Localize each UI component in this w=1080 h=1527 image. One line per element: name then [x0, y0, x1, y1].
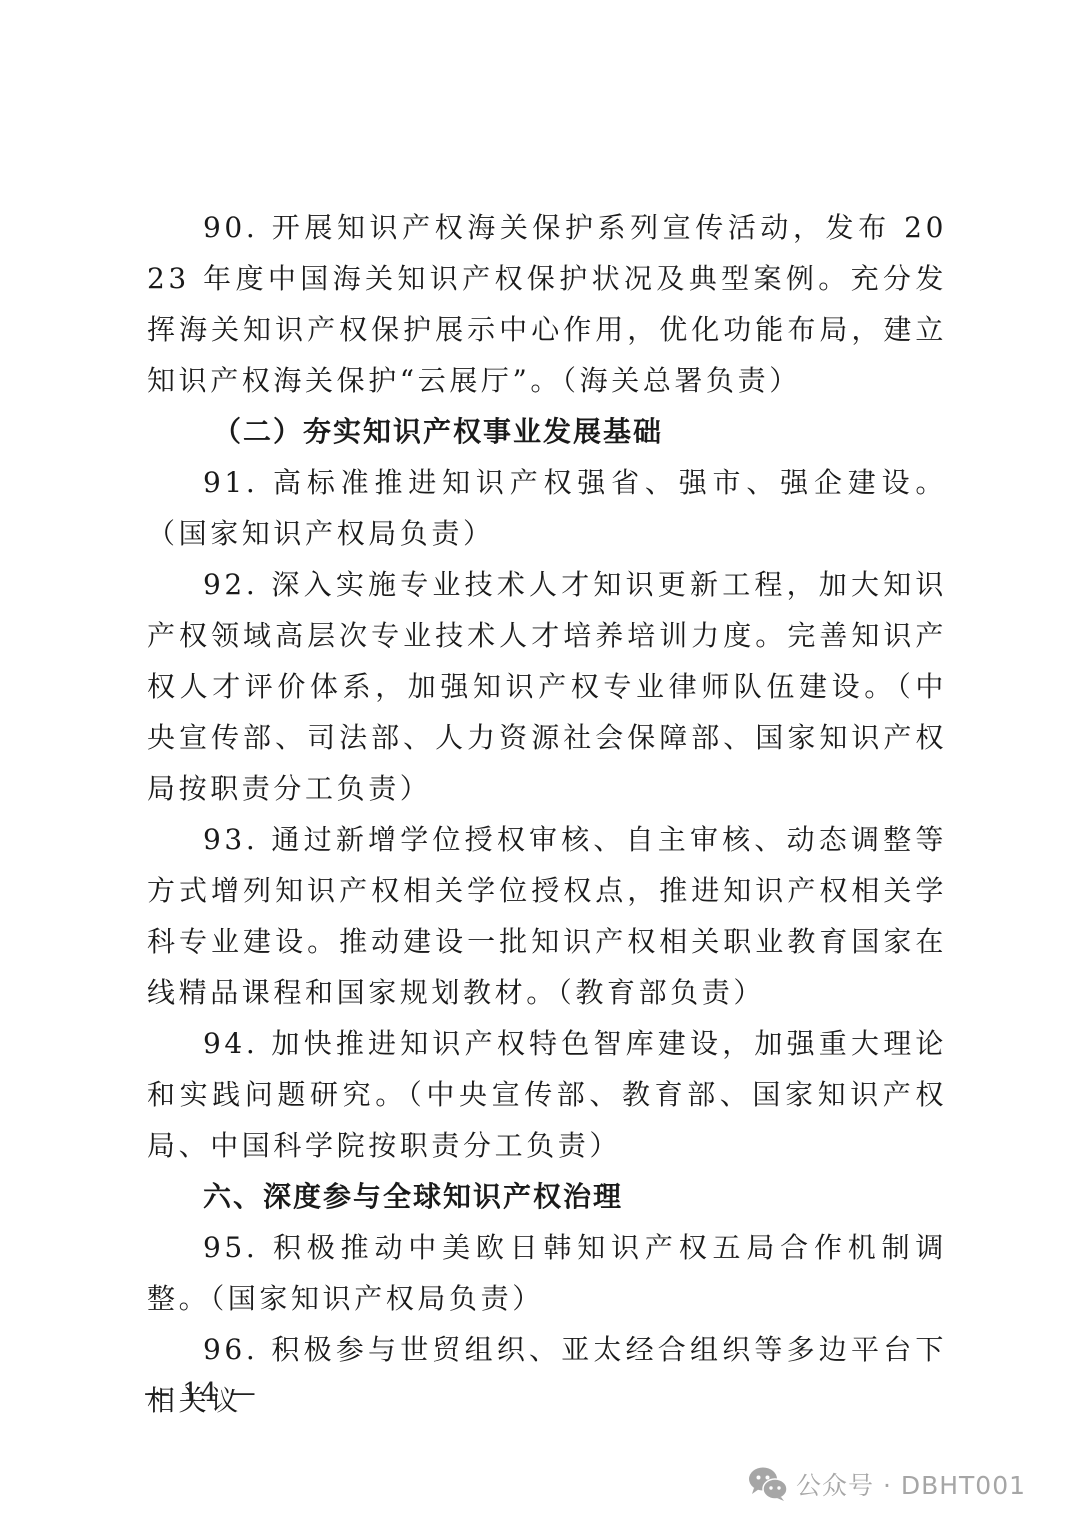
- item-96: 96. 积极参与世贸组织、亚太经合组织等多边平台下相关议: [147, 1324, 947, 1426]
- item-93: 93. 通过新增学位授权审核、自主审核、动态调整等方式增列知识产权相关学位授权点…: [147, 814, 947, 1018]
- item-95: 95. 积极推动中美欧日韩知识产权五局合作机制调整。（国家知识产权局负责）: [147, 1222, 947, 1324]
- wechat-icon: [748, 1466, 788, 1502]
- item-94: 94. 加快推进知识产权特色智库建设，加强重大理论和实践问题研究。（中央宣传部、…: [147, 1018, 947, 1171]
- section-heading-2: （二）夯实知识产权事业发展基础: [147, 406, 947, 457]
- page-number: — 14 —: [144, 1378, 258, 1408]
- item-91: 91. 高标准推进知识产权强省、强市、强企建设。（国家知识产权局负责）: [147, 457, 947, 559]
- section-heading-6: 六、深度参与全球知识产权治理: [147, 1171, 947, 1222]
- item-90: 90. 开展知识产权海关保护系列宣传活动，发布 2023 年度中国海关知识产权保…: [147, 202, 947, 406]
- item-92: 92. 深入实施专业技术人才知识更新工程，加大知识产权领域高层次专业技术人才培养…: [147, 559, 947, 814]
- document-page: 90. 开展知识产权海关保护系列宣传活动，发布 2023 年度中国海关知识产权保…: [147, 202, 947, 1426]
- watermark: 公众号 · DBHT001: [748, 1466, 1026, 1502]
- watermark-label: 公众号 · DBHT001: [796, 1466, 1026, 1502]
